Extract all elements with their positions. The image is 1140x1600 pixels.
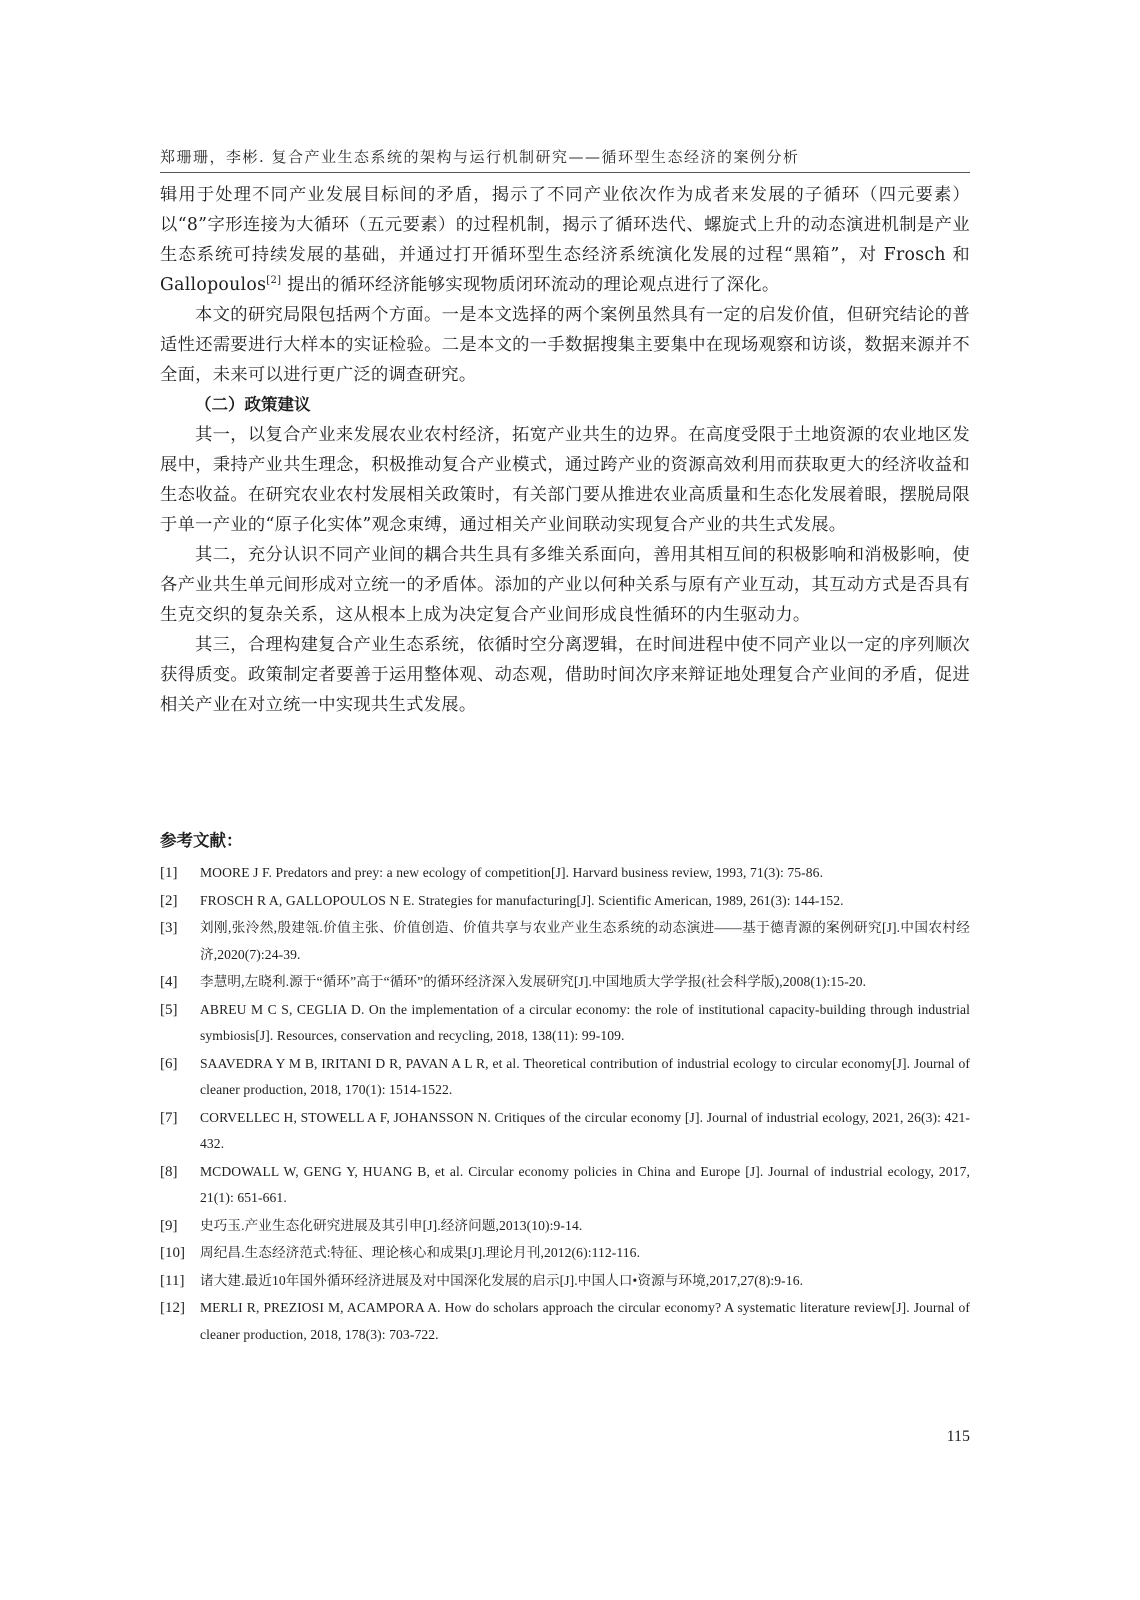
reference-number: [10] — [160, 1240, 200, 1267]
reference-item: [8]MCDOWALL W, GENG Y, HUANG B, et al. C… — [160, 1159, 970, 1212]
reference-number: [6] — [160, 1051, 200, 1104]
body-text: 辑用于处理不同产业发展目标间的矛盾，揭示了不同产业依次作为成者来发展的子循环（四… — [160, 180, 970, 720]
references-title: 参考文献： — [160, 828, 970, 854]
reference-item: [9]史巧玉.产业生态化研究进展及其引申[J].经济问题,2013(10):9-… — [160, 1213, 970, 1240]
reference-number: [7] — [160, 1105, 200, 1158]
reference-item: [11]诸大建.最近10年国外循环经济进展及对中国深化发展的启示[J].中国人口… — [160, 1268, 970, 1295]
reference-item: [4]李慧明,左晓利.源于“循环”高于“循环”的循环经济深入发展研究[J].中国… — [160, 969, 970, 996]
reference-number: [8] — [160, 1159, 200, 1212]
reference-item: [7]CORVELLEC H, STOWELL A F, JOHANSSON N… — [160, 1105, 970, 1158]
references-section: 参考文献： [1]MOORE J F. Predators and prey: … — [160, 828, 970, 1349]
page-number: 115 — [947, 1428, 970, 1446]
running-head: 郑珊珊，李彬. 复合产业生态系统的架构与运行机制研究——循环型生态经济的案例分析 — [160, 146, 970, 173]
reference-number: [9] — [160, 1213, 200, 1240]
reference-item: [6]SAAVEDRA Y M B, IRITANI D R, PAVAN A … — [160, 1051, 970, 1104]
citation-marker[interactable]: [2] — [266, 275, 281, 286]
reference-number: [2] — [160, 888, 200, 915]
reference-item: [1]MOORE J F. Predators and prey: a new … — [160, 860, 970, 887]
reference-number: [11] — [160, 1268, 200, 1295]
reference-item: [3]刘刚,张泠然,殷建瓴.价值主张、价值创造、价值共享与农业产业生态系统的动态… — [160, 915, 970, 968]
reference-text: MOORE J F. Predators and prey: a new eco… — [200, 860, 970, 887]
reference-number: [3] — [160, 915, 200, 968]
reference-text: ABREU M C S, CEGLIA D. On the implementa… — [200, 997, 970, 1050]
reference-number: [4] — [160, 969, 200, 996]
reference-text: 李慧明,左晓利.源于“循环”高于“循环”的循环经济深入发展研究[J].中国地质大… — [200, 969, 970, 996]
reference-text: 诸大建.最近10年国外循环经济进展及对中国深化发展的启示[J].中国人口•资源与… — [200, 1268, 970, 1295]
reference-text: 史巧玉.产业生态化研究进展及其引申[J].经济问题,2013(10):9-14. — [200, 1213, 970, 1240]
reference-text: 周纪昌.生态经济范式:特征、理论核心和成果[J].理论月刊,2012(6):11… — [200, 1240, 970, 1267]
reference-text: 刘刚,张泠然,殷建瓴.价值主张、价值创造、价值共享与农业产业生态系统的动态演进—… — [200, 915, 970, 968]
reference-number: [12] — [160, 1295, 200, 1348]
reference-text: CORVELLEC H, STOWELL A F, JOHANSSON N. C… — [200, 1105, 970, 1158]
reference-item: [12]MERLI R, PREZIOSI M, ACAMPORA A. How… — [160, 1295, 970, 1348]
reference-item: [2]FROSCH R A, GALLOPOULOS N E. Strategi… — [160, 888, 970, 915]
reference-number: [5] — [160, 997, 200, 1050]
reference-text: MERLI R, PREZIOSI M, ACAMPORA A. How do … — [200, 1295, 970, 1348]
reference-text: SAAVEDRA Y M B, IRITANI D R, PAVAN A L R… — [200, 1051, 970, 1104]
reference-item: [5]ABREU M C S, CEGLIA D. On the impleme… — [160, 997, 970, 1050]
paragraph-text: 提出的循环经济能够实现物质闭环流动的理论观点进行了深化。 — [281, 275, 779, 295]
paragraph-conclusion-continued: 辑用于处理不同产业发展目标间的矛盾，揭示了不同产业依次作为成者来发展的子循环（四… — [160, 180, 970, 300]
reference-text: MCDOWALL W, GENG Y, HUANG B, et al. Circ… — [200, 1159, 970, 1212]
paragraph-policy-2: 其二，充分认识不同产业间的耦合共生具有多维关系面向，善用其相互间的积极影响和消极… — [160, 540, 970, 630]
reference-text: FROSCH R A, GALLOPOULOS N E. Strategies … — [200, 888, 970, 915]
paragraph-policy-1: 其一，以复合产业来发展农业农村经济，拓宽产业共生的边界。在高度受限于土地资源的农… — [160, 420, 970, 540]
reference-item: [10]周纪昌.生态经济范式:特征、理论核心和成果[J].理论月刊,2012(6… — [160, 1240, 970, 1267]
paragraph-limitations: 本文的研究局限包括两个方面。一是本文选择的两个案例虽然具有一定的启发价值，但研究… — [160, 300, 970, 390]
section-heading-policy: （二）政策建议 — [160, 390, 970, 420]
paragraph-policy-3: 其三，合理构建复合产业生态系统，依循时空分离逻辑，在时间进程中使不同产业以一定的… — [160, 630, 970, 720]
reference-number: [1] — [160, 860, 200, 887]
